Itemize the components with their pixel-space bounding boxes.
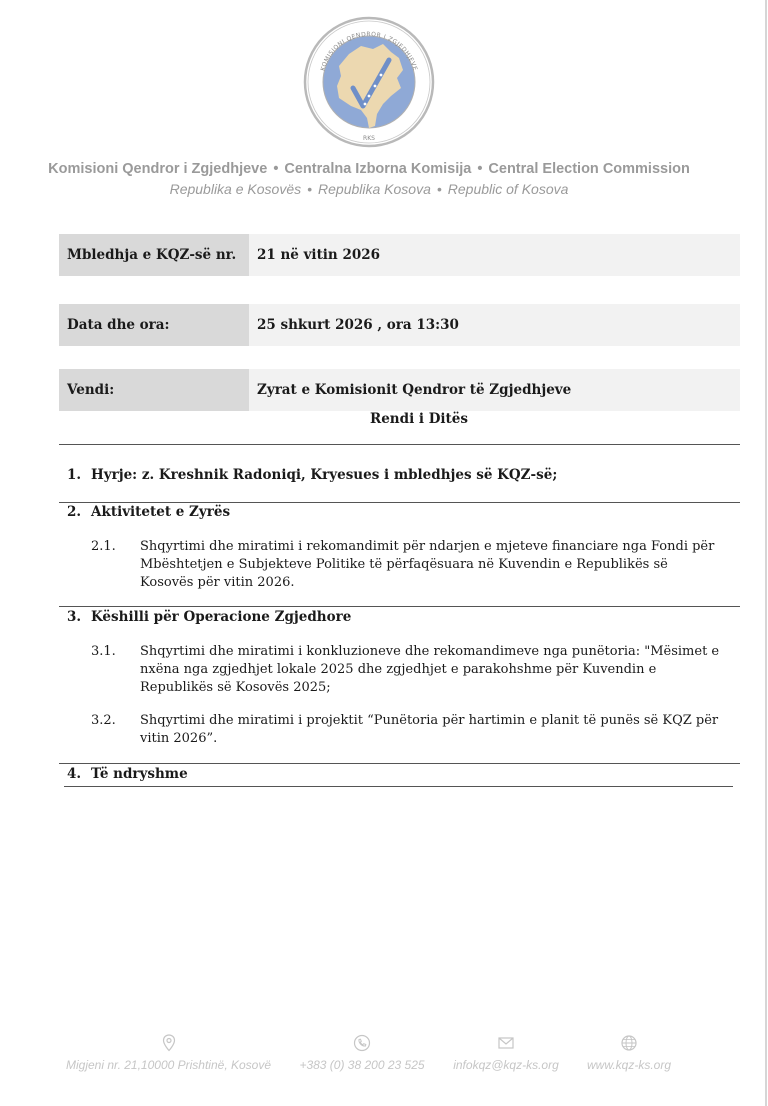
republic-serbian: Republika Kosova <box>318 181 431 197</box>
kqz-seal-logo: KOMISIONI QENDROR I ZGJEDHJEVE RKS <box>303 16 435 148</box>
divider <box>59 763 740 764</box>
agenda-subitem-2-1: 2.1. Shqyrtimi dhe miratimi i rekomandim… <box>91 538 720 592</box>
divider <box>59 606 740 607</box>
separator: • <box>307 181 312 197</box>
separator: • <box>273 161 278 177</box>
phone-icon <box>353 1034 371 1052</box>
item-text: Këshilli për Operacione Zgjedhore <box>91 609 351 625</box>
item-number: 2. <box>67 504 91 520</box>
agenda-title: Rendi i Ditës <box>59 411 768 427</box>
datetime-value: 25 shkurt 2026 , ora 13:30 <box>249 304 740 346</box>
separator: • <box>437 181 442 197</box>
organization-names: Komisioni Qendror i Zgjedhjeve•Centralna… <box>0 161 738 177</box>
datetime-row: Data dhe ora: 25 shkurt 2026 , ora 13:30 <box>59 304 740 346</box>
address-text: Migjeni nr. 21,10000 Prishtinë, Kosovë <box>66 1058 271 1072</box>
item-text: Aktivitetet e Zyrës <box>91 504 230 520</box>
svg-text:RKS: RKS <box>363 135 375 142</box>
agenda-item-4: 4.Të ndryshme <box>67 766 188 782</box>
place-row: Vendi: Zyrat e Komisionit Qendror të Zgj… <box>59 369 740 411</box>
globe-icon <box>620 1034 638 1052</box>
org-name-albanian: Komisioni Qendror i Zgjedhjeve <box>48 161 267 177</box>
subitem-text: Shqyrtimi dhe miratimi i rekomandimit pë… <box>140 538 720 592</box>
phone-text: +383 (0) 38 200 23 525 <box>299 1058 424 1072</box>
separator: • <box>477 161 482 177</box>
datetime-label: Data dhe ora: <box>59 304 249 346</box>
meeting-number-row: Mbledhja e KQZ-së nr. 21 në vitin 2026 <box>59 234 740 276</box>
item-text: Hyrje: z. Kreshnik Radoniqi, Kryesues i … <box>91 467 557 483</box>
website-link[interactable]: www.kqz-ks.org <box>587 1058 671 1072</box>
subitem-text: Shqyrtimi dhe miratimi i projektit “Punë… <box>140 712 720 748</box>
agenda-item-1: 1.Hyrje: z. Kreshnik Radoniqi, Kryesues … <box>67 467 557 483</box>
footer-website[interactable]: www.kqz-ks.org <box>585 1034 673 1072</box>
page-edge-border <box>765 0 767 1106</box>
envelope-icon <box>497 1034 515 1052</box>
divider <box>59 502 740 503</box>
agenda-subitem-3-1: 3.1. Shqyrtimi dhe miratimi i konkluzion… <box>91 643 720 697</box>
footer-email[interactable]: infokqz@kqz-ks.org <box>452 1034 560 1072</box>
divider <box>59 444 740 445</box>
item-text: Të ndryshme <box>91 766 188 782</box>
republic-albanian: Republika e Kosovës <box>170 181 302 197</box>
meeting-number-value: 21 në vitin 2026 <box>249 234 740 276</box>
subitem-number: 3.2. <box>91 712 140 748</box>
place-value: Zyrat e Komisionit Qendror të Zgjedhjeve <box>249 369 740 411</box>
divider <box>64 786 733 787</box>
agenda-item-3: 3.Këshilli për Operacione Zgjedhore <box>67 609 351 625</box>
place-label: Vendi: <box>59 369 249 411</box>
agenda-subitem-3-2: 3.2. Shqyrtimi dhe miratimi i projektit … <box>91 712 720 748</box>
republic-english: Republic of Kosova <box>448 181 569 197</box>
email-link[interactable]: infokqz@kqz-ks.org <box>453 1058 559 1072</box>
footer-address: Migjeni nr. 21,10000 Prishtinë, Kosovë <box>66 1034 271 1072</box>
agenda-item-2: 2.Aktivitetet e Zyrës <box>67 504 230 520</box>
footer-phone: +383 (0) 38 200 23 525 <box>298 1034 426 1072</box>
subitem-number: 2.1. <box>91 538 140 592</box>
org-name-english: Central Election Commission <box>488 161 689 177</box>
org-name-serbian: Centralna Izborna Komisija <box>284 161 471 177</box>
item-number: 3. <box>67 609 91 625</box>
item-number: 4. <box>67 766 91 782</box>
item-number: 1. <box>67 467 91 483</box>
location-pin-icon <box>162 1034 176 1052</box>
republic-names: Republika e Kosovës•Republika Kosova•Rep… <box>0 181 738 197</box>
subitem-number: 3.1. <box>91 643 140 697</box>
meeting-number-label: Mbledhja e KQZ-së nr. <box>59 234 249 276</box>
subitem-text: Shqyrtimi dhe miratimi i konkluzioneve d… <box>140 643 720 697</box>
